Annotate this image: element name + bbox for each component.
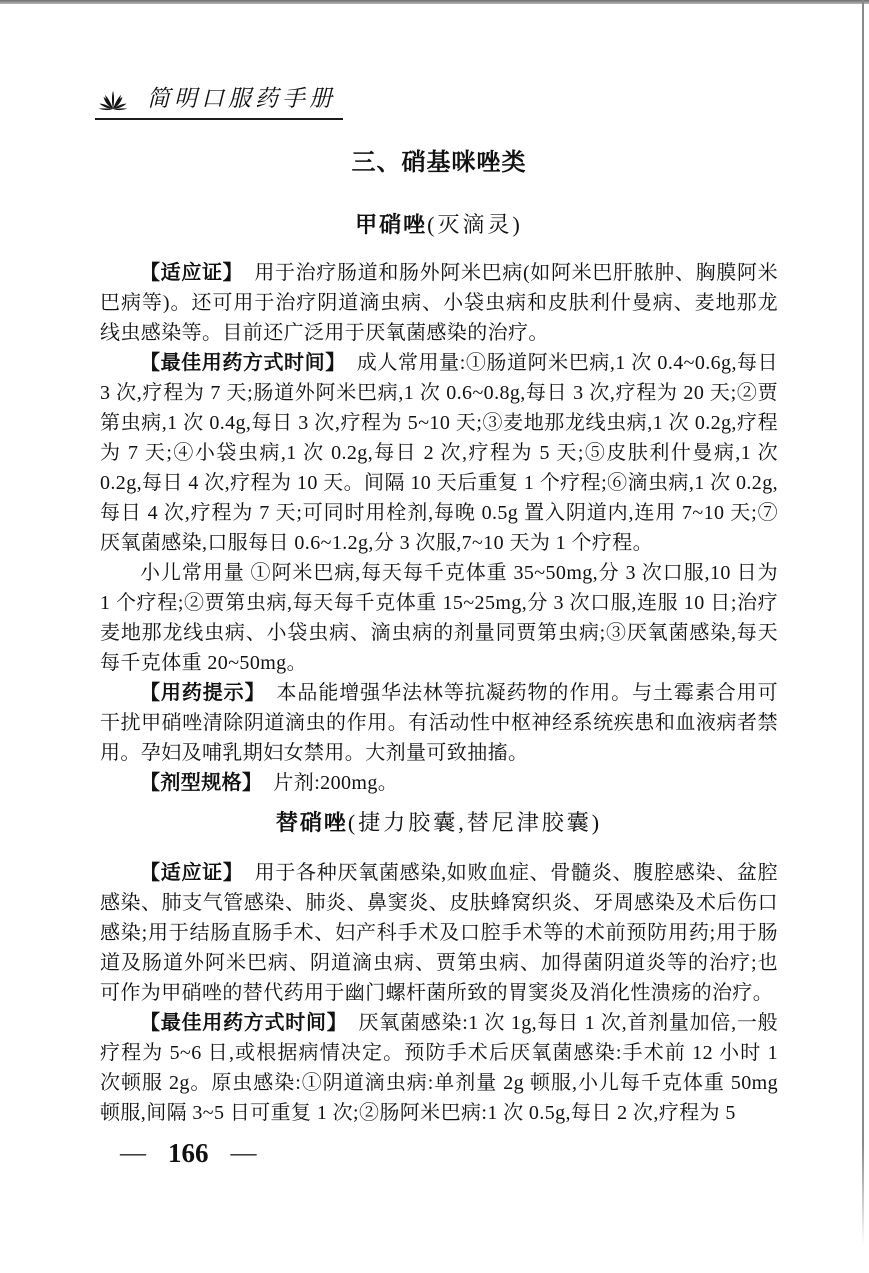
paragraph-tips: 【用药提示】本品能增强华法林等抗凝药物的作用。与土霉素合用可干扰甲硝唑清除阴道滴… bbox=[100, 678, 778, 768]
drug-name: 甲硝唑 bbox=[355, 212, 427, 237]
drug-heading-tinidazole: 替硝唑(捷力胶囊,替尼津胶囊) bbox=[100, 810, 778, 836]
paragraph-text: 小儿常用量 ①阿米巴病,每天每千克体重 35~50mg,分 3 次口服,10 日… bbox=[100, 562, 778, 674]
paragraph-usage: 【最佳用药方式时间】成人常用量:①肠道阿米巴病,1 次 0.4~0.6g,每日 … bbox=[100, 348, 778, 558]
running-head: 简明口服药手册 bbox=[95, 86, 343, 120]
book-page: 简明口服药手册 三、硝基咪唑类 甲硝唑(灭滴灵) 【适应证】用于治疗肠道和肠外阿… bbox=[0, 0, 869, 1273]
drug-heading-metronidazole: 甲硝唑(灭滴灵) bbox=[100, 212, 778, 238]
footer-dash-right: — bbox=[231, 1138, 257, 1168]
page-content: 简明口服药手册 三、硝基咪唑类 甲硝唑(灭滴灵) 【适应证】用于治疗肠道和肠外阿… bbox=[0, 86, 869, 1168]
paragraph-pediatric-dose: 小儿常用量 ①阿米巴病,每天每千克体重 35~50mg,分 3 次口服,10 日… bbox=[100, 558, 778, 678]
drug2-body: 【适应证】用于各种厌氧菌感染,如败血症、骨髓炎、腹腔感染、盆腔感染、肺支气管感染… bbox=[100, 858, 778, 1128]
section-label: 【适应证】 bbox=[140, 262, 243, 284]
page-footer: — 166 — bbox=[120, 1138, 778, 1168]
book-title: 简明口服药手册 bbox=[147, 86, 336, 112]
chapter-title: 三、硝基咪唑类 bbox=[100, 150, 778, 176]
paragraph-indication: 【适应证】用于治疗肠道和肠外阿米巴病(如阿米巴肝脓肿、胸膜阿米巴病等)。还可用于… bbox=[100, 258, 778, 348]
paragraph-usage: 【最佳用药方式时间】厌氧菌感染:1 次 1g,每日 1 次,首剂量加倍,一般疗程… bbox=[100, 1008, 778, 1128]
paragraph-text: 成人常用量:①肠道阿米巴病,1 次 0.4~0.6g,每日 3 次,疗程为 7 … bbox=[100, 352, 778, 554]
paragraph-spec: 【剂型规格】片剂:200mg。 bbox=[100, 768, 778, 798]
drug-name: 替硝唑 bbox=[276, 810, 348, 835]
section-label: 【适应证】 bbox=[140, 862, 244, 884]
paragraph-indication: 【适应证】用于各种厌氧菌感染,如败血症、骨髓炎、腹腔感染、盆腔感染、肺支气管感染… bbox=[100, 858, 778, 1008]
section-label: 【用药提示】 bbox=[140, 682, 266, 704]
drug-alias: (灭滴灵) bbox=[427, 212, 523, 237]
footer-dash-left: — bbox=[120, 1138, 146, 1168]
paragraph-text: 片剂:200mg。 bbox=[273, 772, 398, 794]
section-label: 【最佳用药方式时间】 bbox=[140, 1012, 348, 1034]
drug1-body: 【适应证】用于治疗肠道和肠外阿米巴病(如阿米巴肝脓肿、胸膜阿米巴病等)。还可用于… bbox=[100, 258, 778, 798]
section-label: 【最佳用药方式时间】 bbox=[140, 352, 346, 374]
page-number: 166 bbox=[168, 1138, 209, 1168]
scan-edge-top bbox=[0, 0, 869, 4]
drug-alias: (捷力胶囊,替尼津胶囊) bbox=[348, 810, 602, 835]
palm-leaf-icon bbox=[95, 87, 131, 111]
section-label: 【剂型规格】 bbox=[140, 772, 262, 794]
scan-edge-right bbox=[862, 0, 864, 1245]
